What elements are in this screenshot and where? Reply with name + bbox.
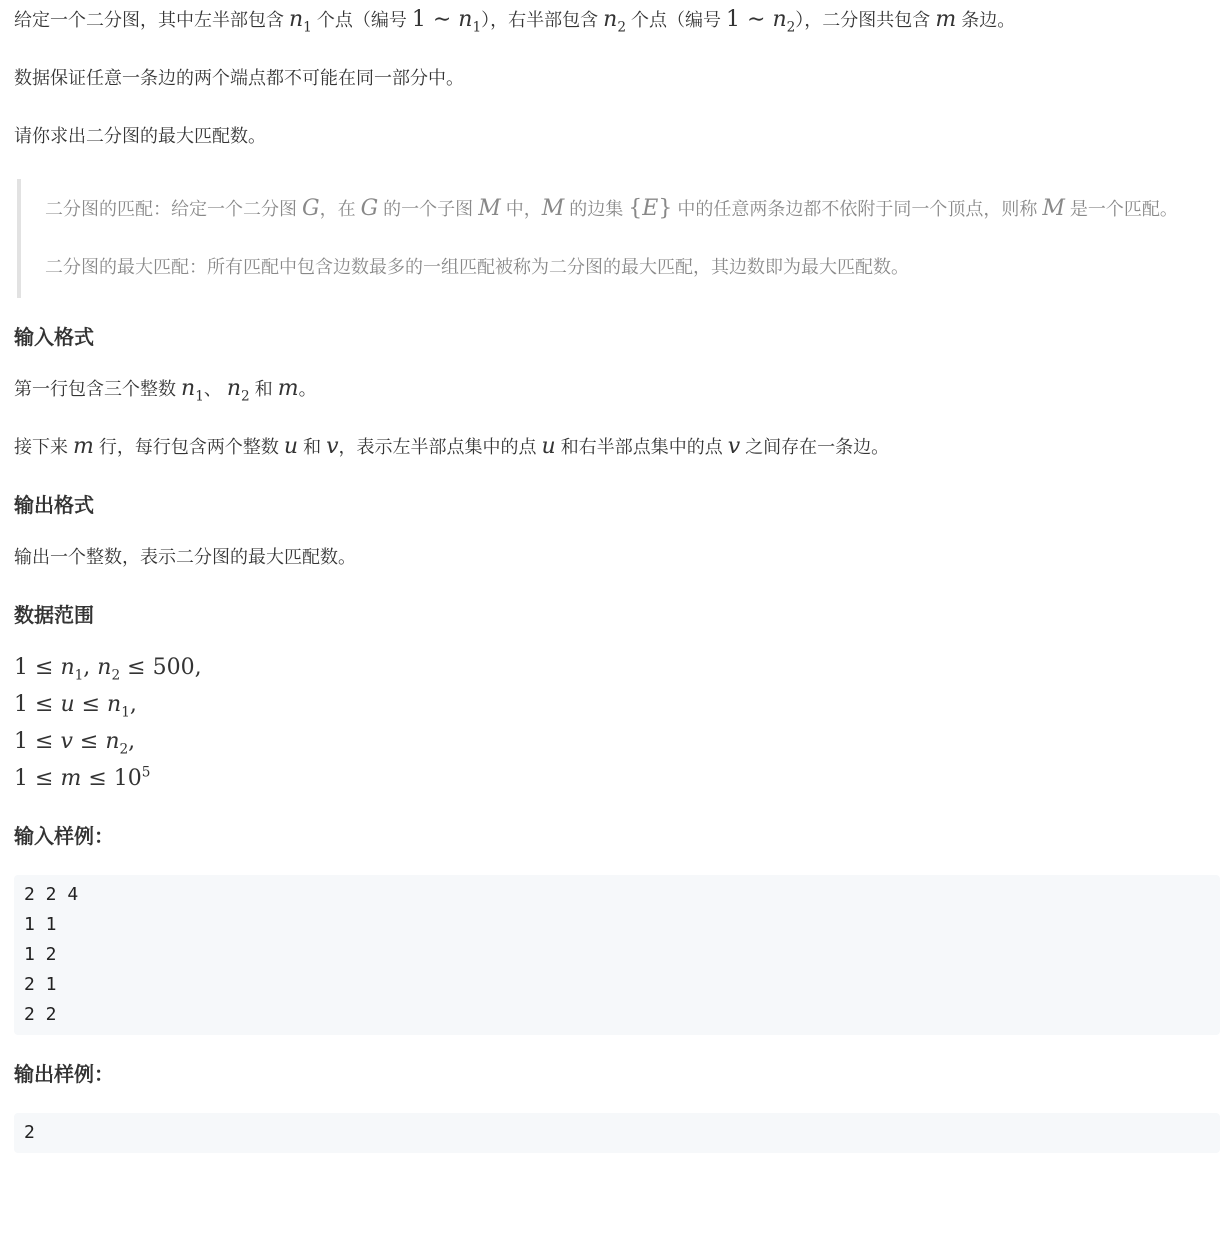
text-run: 输出一个整数，表示二分图的最大匹配数。: [14, 547, 356, 567]
inline-math: 1 ∼ n2: [726, 7, 795, 32]
text-run: 请你求出二分图的最大匹配数。: [14, 126, 266, 146]
text-run: 和: [250, 379, 278, 399]
text-run: 的边集: [564, 199, 628, 219]
sample-output-code: 2: [14, 1113, 1220, 1153]
text-run: 二分图的匹配：给定一个二分图: [45, 199, 302, 219]
text-run: ，表示左半部点集中的点: [339, 437, 542, 457]
code-line: 2 1: [24, 970, 1210, 1000]
problem-statement: 给定一个二分图，其中左半部包含 n1 个点（编号 1 ∼ n1），右半部包含 n…: [14, 2, 1220, 1153]
text-run: 条边。: [956, 10, 1015, 30]
constraint-line: 1 ≤ m ≤ 105: [14, 760, 1220, 797]
text-run: 给定一个二分图，其中左半部包含: [14, 10, 289, 30]
inline-math: n1: [289, 7, 312, 32]
inline-math: 1 ∼ n1: [412, 7, 481, 32]
text-run: 之间存在一条边。: [740, 437, 889, 457]
inline-math: m: [278, 376, 299, 401]
inline-math: v: [326, 434, 338, 459]
inline-math: {E}: [628, 196, 672, 221]
text-run: 第一行包含三个整数: [14, 379, 181, 399]
inline-math: n2: [603, 7, 626, 32]
text-run: 二分图的最大匹配：所有匹配中包含边数最多的一组匹配被称为二分图的最大匹配，其边数…: [45, 257, 909, 277]
constraint-line: 1 ≤ v ≤ n2,: [14, 723, 1220, 760]
text-run: 和右半部点集中的点: [556, 437, 728, 457]
text-run: 。: [299, 379, 317, 399]
inline-math: n1: [181, 376, 204, 401]
text-run: 中的任意两条边都不依附于同一个顶点，则称: [672, 199, 1042, 219]
code-line: 1 1: [24, 910, 1210, 940]
output-format-heading: 输出格式: [14, 494, 1220, 518]
inline-math: m: [935, 7, 956, 32]
input-format-heading: 输入格式: [14, 326, 1220, 350]
text-run: ），右半部包含: [481, 10, 603, 30]
inline-math: G: [302, 196, 320, 221]
output-desc-paragraph: 输出一个整数，表示二分图的最大匹配数。: [14, 539, 1220, 576]
inline-math: n2: [227, 376, 250, 401]
text-run: 的一个子图: [378, 199, 478, 219]
input-edges-paragraph: 接下来 m 行，每行包含两个整数 u 和 v，表示左半部点集中的点 u 和右半部…: [14, 429, 1220, 466]
text-run: 和: [298, 437, 326, 457]
inline-math: M: [542, 196, 565, 221]
quote-paragraph: 二分图的匹配：给定一个二分图 G，在 G 的一个子图 M 中，M 的边集 {E}…: [45, 191, 1196, 228]
inline-math: m: [73, 434, 94, 459]
guarantee-paragraph: 数据保证任意一条边的两个端点都不可能在同一部分中。: [14, 60, 1220, 97]
text-run: 个点（编号: [626, 10, 726, 30]
inline-math: M: [1042, 196, 1065, 221]
inline-math: v: [728, 434, 740, 459]
inline-math: M: [478, 196, 501, 221]
input-line1-paragraph: 第一行包含三个整数 n1、 n2 和 m。: [14, 371, 1220, 408]
intro-paragraph: 给定一个二分图，其中左半部包含 n1 个点（编号 1 ∼ n1），右半部包含 n…: [14, 2, 1220, 39]
constraint-line: 1 ≤ u ≤ n1,: [14, 686, 1220, 723]
code-line: 2 2: [24, 1000, 1210, 1030]
text-run: 数据保证任意一条边的两个端点都不可能在同一部分中。: [14, 68, 464, 88]
inline-math: G: [361, 196, 379, 221]
text-run: 接下来: [14, 437, 73, 457]
sample-input-code: 2 2 41 11 22 12 2: [14, 875, 1220, 1035]
code-line: 2: [24, 1118, 1210, 1148]
problem-page: { "theme": { "background": "#ffffff", "t…: [0, 0, 1230, 1236]
inline-math: u: [284, 434, 298, 459]
problem-content: 给定一个二分图，其中左半部包含 n1 个点（编号 1 ∼ n1），右半部包含 n…: [14, 2, 1220, 1153]
constraint-line: 1 ≤ n1, n2 ≤ 500,: [14, 649, 1220, 686]
sample-output-heading: 输出样例：: [14, 1063, 1220, 1087]
text-run: 个点（编号: [312, 10, 412, 30]
sample-input-heading: 输入样例：: [14, 825, 1220, 849]
code-line: 1 2: [24, 940, 1210, 970]
constraints-block: 1 ≤ n1, n2 ≤ 500,1 ≤ u ≤ n1,1 ≤ v ≤ n2,1…: [14, 649, 1220, 797]
inline-math: u: [542, 434, 556, 459]
quote-paragraph: 二分图的最大匹配：所有匹配中包含边数最多的一组匹配被称为二分图的最大匹配，其边数…: [45, 249, 1196, 286]
text-run: 行，每行包含两个整数: [94, 437, 284, 457]
task-paragraph: 请你求出二分图的最大匹配数。: [14, 118, 1220, 155]
text-run: 是一个匹配。: [1065, 199, 1178, 219]
text-run: 、: [204, 379, 227, 399]
data-range-heading: 数据范围: [14, 604, 1220, 628]
text-run: ，在: [320, 199, 361, 219]
definition-blockquote: 二分图的匹配：给定一个二分图 G，在 G 的一个子图 M 中，M 的边集 {E}…: [17, 179, 1220, 298]
text-run: ），二分图共包含: [795, 10, 935, 30]
code-line: 2 2 4: [24, 880, 1210, 910]
text-run: 中，: [501, 199, 542, 219]
